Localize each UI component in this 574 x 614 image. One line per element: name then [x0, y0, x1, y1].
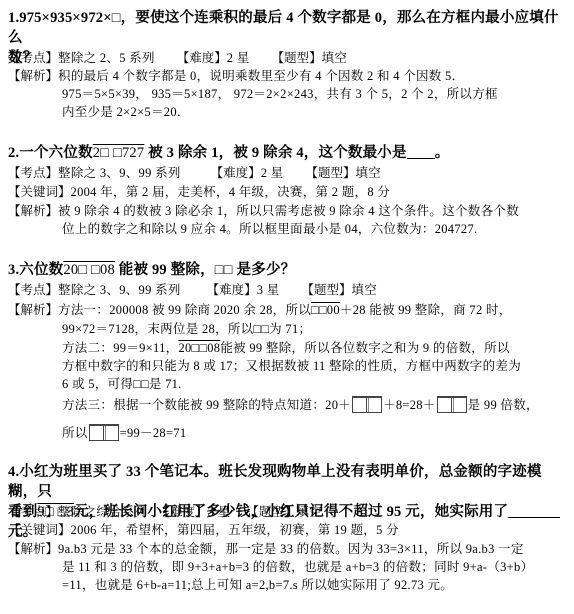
- problem-2-analysis-line2: 位上的数字之和除以 9 应余 4。所以框里面最小是 04，六位数为：204727…: [62, 220, 477, 238]
- analysis-text: 方法一：200008 被 99 除商 2020 余 28，所以: [58, 303, 311, 317]
- problem-3-meta: 【考点】整除之 3、9、99 系列【难度】3 星【题型】填空: [8, 281, 377, 299]
- analysis-text: 方法三：根据一个数能被 99 整除的特点知道：20＋: [62, 398, 351, 412]
- overlined-number: 20□ □08: [63, 262, 115, 278]
- problem-3-method1-line2: 99×72＝7128，末两位是 28，所以□□为 71；: [62, 320, 311, 338]
- nandu-value: 3 星: [257, 283, 280, 297]
- problem-1-meta: 【考点】整除之 2、5 系列【难度】2 星【题型】填空: [8, 49, 347, 67]
- problem-4-title-line1: 4.小红为班里买了 33 个笔记本。班长发现购物单上没有表明单价，总金额的字迹模…: [8, 464, 542, 500]
- problem-2-analysis-line1: 【解析】被 9 除余 4 的数被 3 除必余 1，所以只需考虑被 9 除余 4 …: [8, 202, 519, 220]
- guanjianci-value: 2004 年，第 2 届，走美杯，4 年级，决赛，第 2 题，8 分: [71, 185, 391, 199]
- double-box-icon: [89, 424, 119, 441]
- double-box-icon: [437, 396, 467, 413]
- problem-4-analysis-line1: 【解析】9a.b3 元是 33 个本的总金额，那一定是 33 的倍数。因为 33…: [8, 540, 524, 558]
- problem-3-method2-line2: 方框中数字的和只能为 8 或 17；又根据数被 11 整除的性质，方框中两数字的…: [62, 357, 521, 375]
- overlined-number: 20□□08: [178, 341, 220, 355]
- problem-3-method2-line3: 6 或 5，可得□□是 71.: [62, 375, 182, 393]
- problem-1-analysis-line1: 【解析】积的最后 4 个数字都是 0，说明乘数里至少有 4 个因数 2 和 4 …: [8, 67, 464, 85]
- kaodian-tag: 【考点】: [8, 166, 58, 180]
- analysis-text: 方法二：99＝9×11，: [62, 341, 178, 355]
- analysis-text: 所以: [62, 426, 88, 440]
- answer-blank: [407, 144, 435, 159]
- problem-2-title-prefix: 2.一个六位数: [8, 145, 93, 161]
- problem-1-title-line1: 1.975×935×972×□，要使这个连乘积的最后 4 个数字都是 0，那么在…: [8, 10, 559, 46]
- kaodian-value: 整除之 3、9、99 系列: [58, 283, 181, 297]
- jiexi-tag: 【解析】: [8, 303, 58, 317]
- problem-2-title: 2.一个六位数2□ □727 被 3 除余 1，被 9 除余 4，这个数最小是。: [8, 143, 568, 163]
- analysis-text: 积的最后 4 个数字都是 0，说明乘数里至少有 4 个因数 2 和 4 个因数 …: [58, 69, 464, 83]
- analysis-text: ＋28 能被 99 整除，商 72 时，: [340, 303, 512, 317]
- problem-3-title: 3.六位数20□ □08 能被 99 整除，□□ 是多少？: [8, 260, 568, 280]
- analysis-text: ＋8=28＋: [383, 398, 436, 412]
- tixing-value: 填空: [355, 166, 381, 180]
- problem-2-title-suffix: 被 3 除余 1，被 9 除余 4，这个数最小是: [148, 145, 407, 161]
- problem-2-keywords: 【关键词】2004 年，第 2 届，走美杯，4 年级，决赛，第 2 题，8 分: [8, 183, 390, 201]
- analysis-text: 能被 99 整除，所以各位数字之和为 9 的倍数，所以: [220, 341, 509, 355]
- guanjianci-tag: 【关键词】: [8, 185, 71, 199]
- jiexi-tag: 【解析】: [8, 69, 58, 83]
- problem-2-title-end: 。: [435, 145, 450, 161]
- kaodian-tag: 【考点】: [8, 505, 58, 519]
- guanjianci-value: 2006 年，希望杯，第四届，五年级，初赛，第 19 题，5 分: [71, 523, 399, 537]
- problem-3-title-suffix: 能被 99 整除，□□ 是多少？: [119, 262, 296, 278]
- jiexi-tag: 【解析】: [8, 204, 58, 218]
- problem-4-meta: 【考点】整除之综合系列【难度】3 星【题型】填空: [8, 503, 322, 521]
- problem-4-keywords: 【关键词】2006 年，希望杯，第四届，五年级，初赛，第 19 题，5 分: [8, 521, 399, 539]
- tixing-tag: 【题型】: [301, 283, 351, 297]
- kaodian-value: 整除之综合系列: [58, 505, 148, 519]
- kaodian-tag: 【考点】: [8, 51, 58, 65]
- problem-3-method1-line1: 【解析】方法一：200008 被 99 除商 2020 余 28，所以□□00＋…: [8, 301, 512, 319]
- tixing-tag: 【题型】: [246, 505, 296, 519]
- nandu-tag: 【难度】: [158, 505, 208, 519]
- problem-4-analysis-line2: 是 11 和 3 的倍数，即 9+3+a+b=3 的倍数，也就是 a+b=3 的…: [62, 558, 533, 576]
- nandu-tag: 【难度】: [211, 166, 261, 180]
- nandu-value: 2 星: [261, 166, 284, 180]
- nandu-tag: 【难度】: [207, 283, 257, 297]
- guanjianci-tag: 【关键词】: [8, 523, 71, 537]
- kaodian-tag: 【考点】: [8, 283, 58, 297]
- problem-3-method3-line2: 所以=99－28=71: [62, 424, 186, 442]
- kaodian-value: 整除之 2、5 系列: [58, 51, 155, 65]
- tixing-value: 填空: [322, 51, 348, 65]
- problem-4-analysis-line3: =11，也就是 6+b-a=11;总上可知 a=2,b=7.s 所以她实际用了 …: [62, 576, 453, 594]
- tixing-tag: 【题型】: [305, 166, 355, 180]
- analysis-text: 9a.b3 元是 33 个本的总金额，那一定是 33 的倍数。因为 33=3×1…: [58, 542, 524, 556]
- tixing-tag: 【题型】: [272, 51, 322, 65]
- analysis-text: 被 9 除余 4 的数被 3 除必余 1，所以只需考虑被 9 除余 4 这个条件…: [58, 204, 519, 218]
- nandu-value: 2 星: [227, 51, 250, 65]
- problem-3-method3-line1: 方法三：根据一个数能被 99 整除的特点知道：20＋＋8=28＋是 99 倍数，: [62, 396, 539, 414]
- analysis-text: 是 99 倍数，: [468, 398, 539, 412]
- nandu-value: 3 星: [208, 505, 231, 519]
- overlined-number: 2□ □727: [93, 145, 145, 161]
- tixing-value: 填空: [296, 505, 322, 519]
- problem-3-method2-line1: 方法二：99＝9×11，20□□08能被 99 整除，所以各位数字之和为 9 的…: [62, 339, 510, 357]
- overlined-number: □□00: [311, 303, 340, 317]
- kaodian-value: 整除之 3、9、99 系列: [58, 166, 181, 180]
- jiexi-tag: 【解析】: [8, 542, 58, 556]
- answer-blank: [508, 503, 560, 518]
- analysis-text: =99－28=71: [120, 426, 187, 440]
- problem-1-analysis-line3: 内至少是 2×2×5＝20．: [62, 103, 190, 121]
- problem-3-title-prefix: 3.六位数: [8, 262, 63, 278]
- double-box-icon: [352, 396, 382, 413]
- problem-2-meta: 【考点】整除之 3、9、99 系列【难度】2 星【题型】填空: [8, 164, 381, 182]
- problem-1-analysis-line2: 975＝5×5×39， 935＝5×187， 972＝2×2×243，共有 3 …: [62, 85, 498, 103]
- nandu-tag: 【难度】: [177, 51, 227, 65]
- tixing-value: 填空: [351, 283, 377, 297]
